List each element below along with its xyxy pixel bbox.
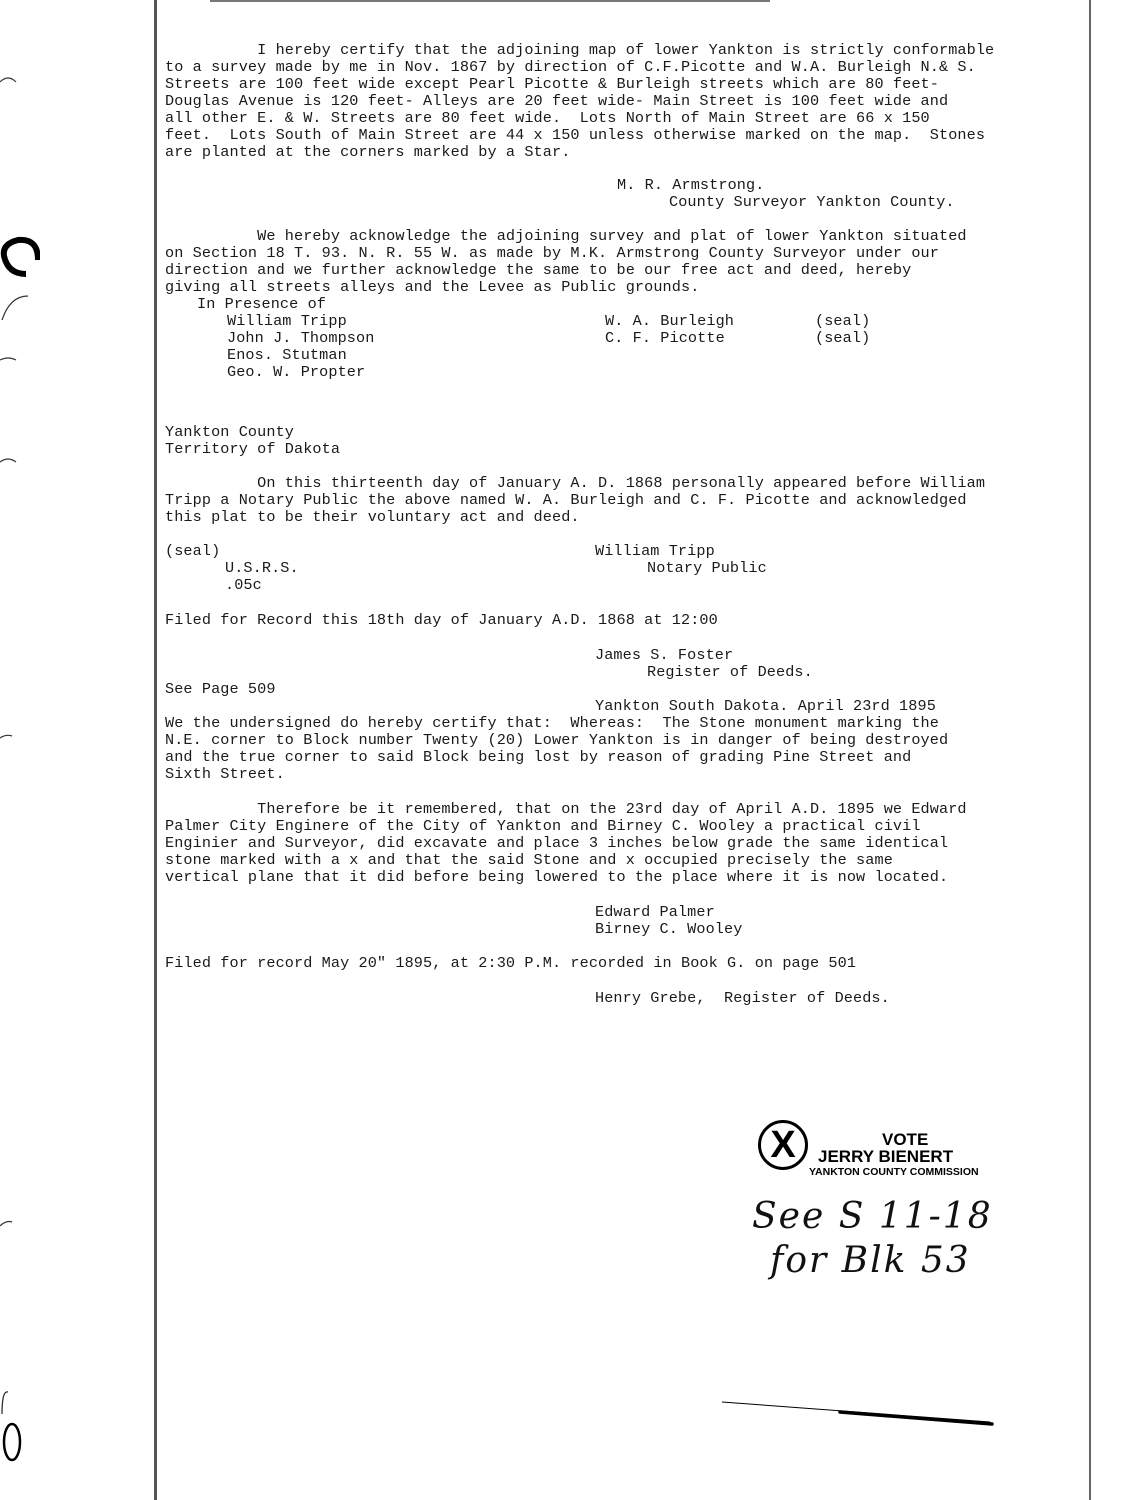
- certificate-1867-line: I hereby certify that the adjoining map …: [165, 42, 994, 59]
- signer-seal: (seal): [815, 313, 870, 330]
- remembered-line: vertical plane that it did before being …: [165, 869, 948, 886]
- filing-1895-text: Filed for record May 20" 1895, at 2:30 P…: [165, 955, 856, 972]
- register-name: James S. Foster: [595, 647, 733, 664]
- signer-seal: (seal): [815, 330, 870, 347]
- certificate-1867-line: all other E. & W. Streets are 80 feet wi…: [165, 110, 930, 127]
- signer-1895: Birney C. Wooley: [595, 921, 742, 938]
- binder-hole-icon: [0, 1380, 30, 1470]
- ballot-x-icon: X: [758, 1120, 808, 1170]
- revenue-stamp-label: U.S.R.S.: [225, 560, 299, 577]
- acknowledgment-line: We hereby acknowledge the adjoining surv…: [165, 228, 967, 245]
- witness-name: Geo. W. Propter: [227, 364, 365, 381]
- remembered-line: Palmer City Enginere of the City of Yank…: [165, 818, 921, 835]
- page-left-border: [154, 0, 157, 1500]
- notary-title: Notary Public: [647, 560, 767, 577]
- filing-1895-register: Henry Grebe, Register of Deeds.: [595, 990, 890, 1007]
- stamp-candidate: JERRY BIENERT: [818, 1147, 953, 1167]
- page-top-edge: [210, 0, 770, 2]
- certificate-1867-line: Douglas Avenue is 120 feet- Alleys are 2…: [165, 93, 948, 110]
- certificate-1895-line: N.E. corner to Block number Twenty (20) …: [165, 732, 948, 749]
- register-title: Register of Deeds.: [647, 664, 813, 681]
- acknowledgment-line: giving all streets alleys and the Levee …: [165, 279, 699, 296]
- signer-1895: Edward Palmer: [595, 904, 715, 921]
- witness-name: Enos. Stutman: [227, 347, 347, 364]
- acknowledgment-line: on Section 18 T. 93. N. R. 55 W. as made…: [165, 245, 939, 262]
- notary-seal: (seal): [165, 543, 220, 560]
- notary-line: this plat to be their voluntary act and …: [165, 509, 580, 526]
- remembered-line: Therefore be it remembered, that on the …: [165, 801, 967, 818]
- certificate-1867-line: feet. Lots South of Main Street are 44 x…: [165, 127, 985, 144]
- surveyor-title: County Surveyor Yankton County.: [669, 194, 955, 211]
- page-right-border: [1089, 0, 1091, 1500]
- margin-tick-icon: [0, 1200, 30, 1260]
- witness-name: William Tripp: [227, 313, 347, 330]
- certificate-1867-line: Streets are 100 feet wide except Pearl P…: [165, 76, 939, 93]
- signer-name: C. F. Picotte: [605, 330, 725, 347]
- filing-1868-text: Filed for Record this 18th day of Januar…: [165, 612, 718, 629]
- acknowledgment-line: direction and we further acknowledge the…: [165, 262, 911, 279]
- binder-hole-marks-icon: [0, 60, 40, 480]
- remembered-line: stone marked with a x and that the said …: [165, 852, 893, 869]
- certificate-1895-line: and the true corner to said Block being …: [165, 749, 911, 766]
- certificate-1895-line: Sixth Street.: [165, 766, 285, 783]
- see-page-reference: See Page 509: [165, 681, 276, 698]
- presence-label: In Presence of: [197, 296, 326, 313]
- certificate-1867-line: are planted at the corners marked by a S…: [165, 144, 570, 161]
- certificate-1895-line: We the undersigned do hereby certify tha…: [165, 715, 939, 732]
- handwritten-note-line: See S 11-18: [752, 1196, 993, 1237]
- surveyor-name: M. R. Armstrong.: [617, 177, 764, 194]
- venue-territory: Territory of Dakota: [165, 441, 340, 458]
- notary-line: On this thirteenth day of January A. D. …: [165, 475, 985, 492]
- signer-name: W. A. Burleigh: [605, 313, 734, 330]
- stamp-office: YANKTON COUNTY COMMISSION: [809, 1166, 979, 1178]
- notary-line: Tripp a Notary Public the above named W.…: [165, 492, 967, 509]
- notary-name: William Tripp: [595, 543, 715, 560]
- revenue-stamp-amount: .05c: [225, 577, 262, 594]
- scanned-deed-page: I hereby certify that the adjoining map …: [0, 0, 1133, 1500]
- margin-tick-icon: [0, 720, 30, 840]
- venue-county: Yankton County: [165, 424, 294, 441]
- campaign-stamp: X VOTE JERRY BIENERT YANKTON COUNTY COMM…: [758, 1120, 1018, 1200]
- witness-name: John J. Thompson: [227, 330, 374, 347]
- pen-stroke-icon: [720, 1400, 995, 1430]
- certificate-1867-line: to a survey made by me in Nov. 1867 by d…: [165, 59, 976, 76]
- remembered-line: Enginier and Surveyor, did excavate and …: [165, 835, 948, 852]
- certificate-1895-place-date: Yankton South Dakota. April 23rd 1895: [595, 698, 936, 715]
- handwritten-note-line: for Blk 53: [770, 1240, 971, 1281]
